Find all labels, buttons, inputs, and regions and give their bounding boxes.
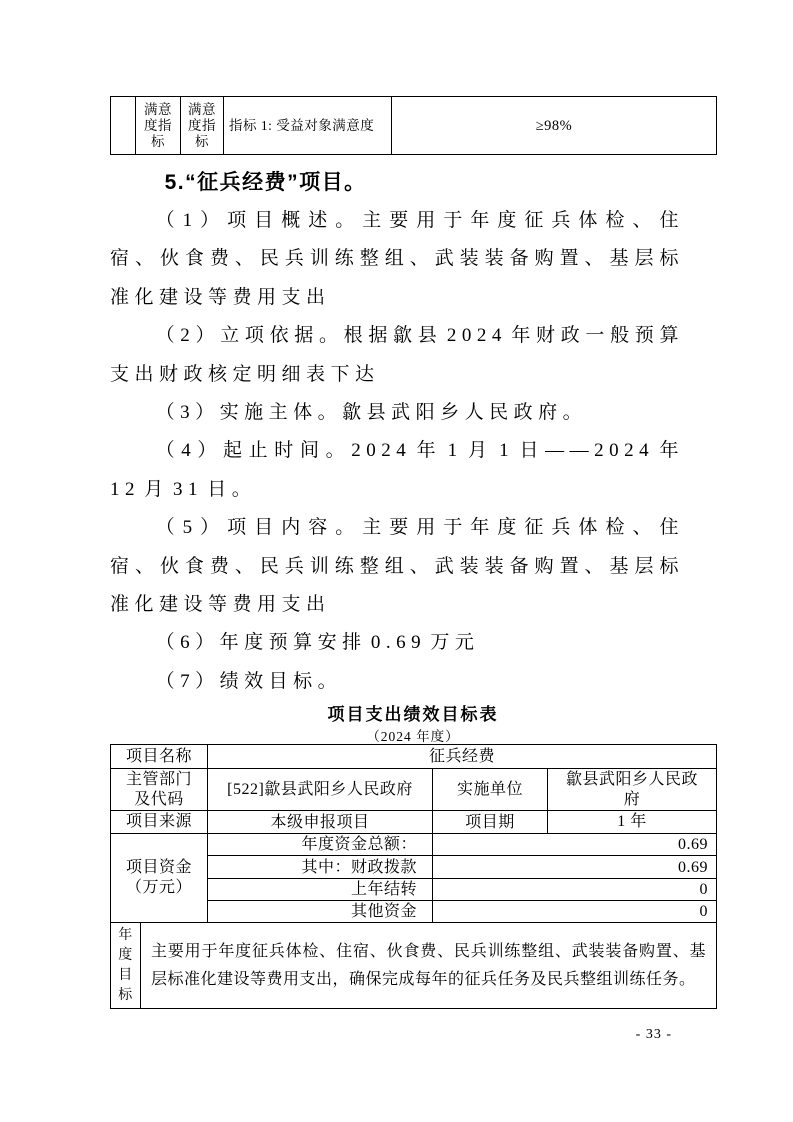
empty-cell (111, 97, 136, 155)
fund-fiscal-label-cell: 其中：财政拨款 (208, 856, 433, 879)
satisfaction-indicator-table: 满意度指标 满意度指标 指标 1: 受益对象满意度 ≥98% (110, 96, 717, 155)
indicator-name-cell: 指标 1: 受益对象满意度 (224, 97, 392, 155)
fund-fiscal-value-cell: 0.69 (433, 856, 717, 879)
annual-goal-label-cell: 年度目标 (111, 923, 141, 1009)
fund-total-value-cell: 0.69 (433, 834, 717, 856)
satisfaction-category-cell: 满意度指标 (136, 97, 181, 155)
dept-cell: [522]歙县武阳乡人民政府 (208, 769, 433, 811)
annual-goal-cell: 主要用于年度征兵体检、住宿、伙食费、民兵训练整组、武装装备购置、基层标准化建设等… (141, 923, 717, 1009)
table-row: 项目名称 征兵经费 (111, 745, 717, 769)
impl-unit-cell: 歙县武阳乡人民政府 (548, 769, 717, 811)
project-name-label-cell: 项目名称 (111, 745, 208, 769)
paragraph-subject: （3）实施主体。歙县武阳乡人民政府。 (110, 394, 684, 432)
document-page: { "top_table": { "empty_cell": "", "row_… (0, 0, 793, 1122)
page-number: - 33 - (110, 1027, 672, 1043)
performance-target-table: 项目名称 征兵经费 主管部门及代码 [522]歙县武阳乡人民政府 实施单位 歙县… (110, 744, 717, 1009)
paragraph-basis: （2）立项依据。根据歙县 2024 年财政一般预算支出财政核定明细表下达 (110, 317, 684, 394)
satisfaction-subcategory-cell: 满意度指标 (181, 97, 224, 155)
source-label-cell: 项目来源 (111, 811, 208, 834)
target-table-subtitle: （2024 年度） (110, 725, 716, 745)
table-row: 主管部门及代码 [522]歙县武阳乡人民政府 实施单位 歙县武阳乡人民政府 (111, 769, 717, 811)
paragraph-overview: （1）项目概述。主要用于年度征兵体检、住宿、伙食费、民兵训练整组、武装装备购置、… (110, 202, 684, 317)
table-row: 项目来源 本级申报项目 项目期 1 年 (111, 811, 717, 834)
fund-carryover-value-cell: 0 (433, 879, 717, 901)
section-heading: 5.“征兵经费”项目。 (110, 167, 690, 199)
project-name-cell: 征兵经费 (208, 745, 717, 769)
target-table-title: 项目支出绩效目标表 (110, 700, 716, 725)
impl-unit-label-cell: 实施单位 (433, 769, 548, 811)
fund-carryover-label-cell: 上年结转 (208, 879, 433, 901)
section-body: （1）项目概述。主要用于年度征兵体检、住宿、伙食费、民兵训练整组、武装装备购置、… (110, 202, 684, 701)
source-cell: 本级申报项目 (208, 811, 433, 834)
fund-other-label-cell: 其他资金 (208, 901, 433, 923)
dept-label-cell: 主管部门及代码 (111, 769, 208, 811)
table-row: 项目资金（万元） 年度资金总额： 0.69 (111, 834, 717, 856)
table-row: 年度目标 主要用于年度征兵体检、住宿、伙食费、民兵训练整组、武装装备购置、基层标… (111, 923, 717, 1009)
funds-label-cell: 项目资金（万元） (111, 834, 208, 923)
indicator-value-cell: ≥98% (392, 97, 717, 155)
paragraph-content: （5）项目内容。主要用于年度征兵体检、住宿、伙食费、民兵训练整组、武装装备购置、… (110, 509, 684, 624)
paragraph-budget: （6）年度预算安排 0.69 万元 (110, 624, 684, 662)
fund-total-label-cell: 年度资金总额： (208, 834, 433, 856)
period-label-cell: 项目期 (433, 811, 548, 834)
table-row: 满意度指标 满意度指标 指标 1: 受益对象满意度 ≥98% (111, 97, 717, 155)
paragraph-timespan: （4）起止时间。2024 年 1 月 1 日——2024 年 12 月 31 日… (110, 432, 684, 509)
fund-other-value-cell: 0 (433, 901, 717, 923)
period-cell: 1 年 (548, 811, 717, 834)
paragraph-performance: （7）绩效目标。 (110, 663, 684, 701)
